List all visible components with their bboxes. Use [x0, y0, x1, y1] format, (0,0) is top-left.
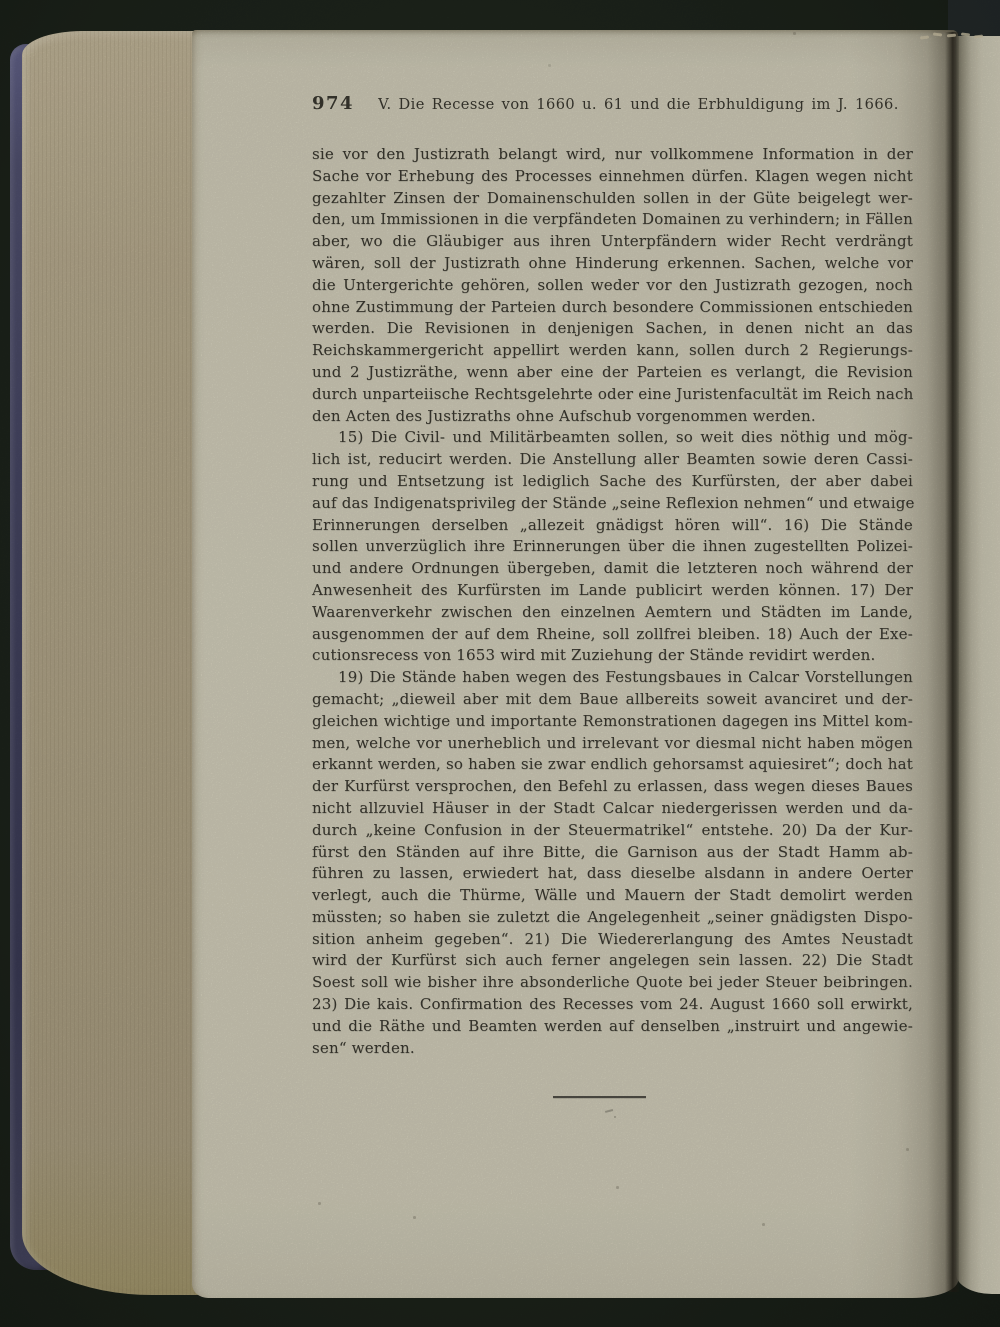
- chapter-title: V. Die Recesse von 1660 u. 61 und die Er…: [378, 96, 899, 113]
- paper-speck: [616, 1186, 619, 1189]
- text-line: sen“ werden.: [312, 1038, 913, 1060]
- text-line: auf das Indigenatsprivileg der Stände „s…: [312, 493, 913, 515]
- text-line: durch „keine Confusion in der Steuermatr…: [312, 820, 913, 842]
- text-line: wird der Kurfürst sich auch ferner angel…: [312, 950, 913, 972]
- page-body: sie vor den Justizrath belangt wird, nur…: [312, 144, 913, 1059]
- text-line: gemacht; „dieweil aber mit dem Baue allb…: [312, 689, 913, 711]
- page-number: 974: [312, 93, 354, 114]
- section-divider: [553, 1096, 646, 1098]
- text-line: Erinnerungen derselben „allezeit gnädigs…: [312, 515, 913, 537]
- book-photo: 974 V. Die Recesse von 1660 u. 61 und di…: [0, 0, 1000, 1327]
- text-line: sollen unverzüglich ihre Erinnerungen üb…: [312, 536, 913, 558]
- text-line: 15) Die Civil- und Militärbeamten sollen…: [312, 427, 913, 449]
- book-page: 974 V. Die Recesse von 1660 u. 61 und di…: [192, 30, 958, 1298]
- text-line: erkannt werden, so haben sie zwar endlic…: [312, 754, 913, 776]
- text-line: Waarenverkehr zwischen den einzelnen Aem…: [312, 602, 913, 624]
- paper-speck: [793, 32, 796, 35]
- gutter-crease: [945, 32, 959, 1292]
- text-line: lich ist, reducirt werden. Die Anstellun…: [312, 449, 913, 471]
- text-line: und 2 Justizräthe, wenn aber eine der Pa…: [312, 362, 913, 384]
- paper-speck: [762, 1223, 765, 1226]
- text-line: durch unparteiische Rechtsgelehrte oder …: [312, 384, 913, 406]
- text-line: Anwesenheit des Kurfürsten im Lande publ…: [312, 580, 913, 602]
- facing-page-sliver: [956, 36, 1000, 1294]
- text-line: ausgenommen der auf dem Rheine, soll zol…: [312, 624, 913, 646]
- text-line: sition anheim gegeben“. 21) Die Wiederer…: [312, 929, 913, 951]
- text-line: rung und Entsetzung ist lediglich Sache …: [312, 471, 913, 493]
- running-header: 974 V. Die Recesse von 1660 u. 61 und di…: [312, 93, 913, 114]
- pencil-mark: [605, 1108, 621, 1120]
- text-line: führen zu lassen, erwiedert hat, dass di…: [312, 863, 913, 885]
- text-line: der Kurfürst versprochen, den Befehl zu …: [312, 776, 913, 798]
- text-line: die Untergerichte gehören, sollen weder …: [312, 275, 913, 297]
- text-line: men, welche vor unerheblich und irreleva…: [312, 733, 913, 755]
- text-line: werden. Die Revisionen in denjenigen Sac…: [312, 318, 913, 340]
- text-line: und die Räthe und Beamten werden auf den…: [312, 1016, 913, 1038]
- text-line: 19) Die Stände haben wegen des Festungsb…: [312, 667, 913, 689]
- text-line: cutionsrecess von 1653 wird mit Zuziehun…: [312, 645, 913, 667]
- text-line: nicht allzuviel Häuser in der Stadt Calc…: [312, 798, 913, 820]
- text-line: Reichskammergericht appellirt werden kan…: [312, 340, 913, 362]
- text-line: Sache vor Erhebung des Processes einnehm…: [312, 166, 913, 188]
- page-edge-stack: [22, 31, 206, 1295]
- text-line: 23) Die kais. Confirmation des Recesses …: [312, 994, 913, 1016]
- text-line: sie vor den Justizrath belangt wird, nur…: [312, 144, 913, 166]
- text-line: aber, wo die Gläubiger aus ihren Unterpf…: [312, 231, 913, 253]
- text-line: Soest soll wie bisher ihre absonderliche…: [312, 972, 913, 994]
- text-line: ohne Zustimmung der Parteien durch beson…: [312, 297, 913, 319]
- paper-speck: [548, 64, 551, 67]
- text-line: gleichen wichtige und importante Remonst…: [312, 711, 913, 733]
- text-line: fürst den Ständen auf ihre Bitte, die Ga…: [312, 842, 913, 864]
- text-line: den, um Immissionen in die verpfändeten …: [312, 209, 913, 231]
- paper-speck: [906, 1148, 909, 1151]
- text-line: und andere Ordnungen übergeben, damit di…: [312, 558, 913, 580]
- paper-speck: [413, 1216, 416, 1219]
- text-line: gezahlter Zinsen der Domainenschulden so…: [312, 188, 913, 210]
- text-line: müssten; so haben sie zuletzt die Angele…: [312, 907, 913, 929]
- text-line: verlegt, auch die Thürme, Wälle und Maue…: [312, 885, 913, 907]
- paper-speck: [318, 1202, 321, 1205]
- text-line: wären, soll der Justizrath ohne Hinderun…: [312, 253, 913, 275]
- text-line: den Acten des Justizraths ohne Aufschub …: [312, 406, 913, 428]
